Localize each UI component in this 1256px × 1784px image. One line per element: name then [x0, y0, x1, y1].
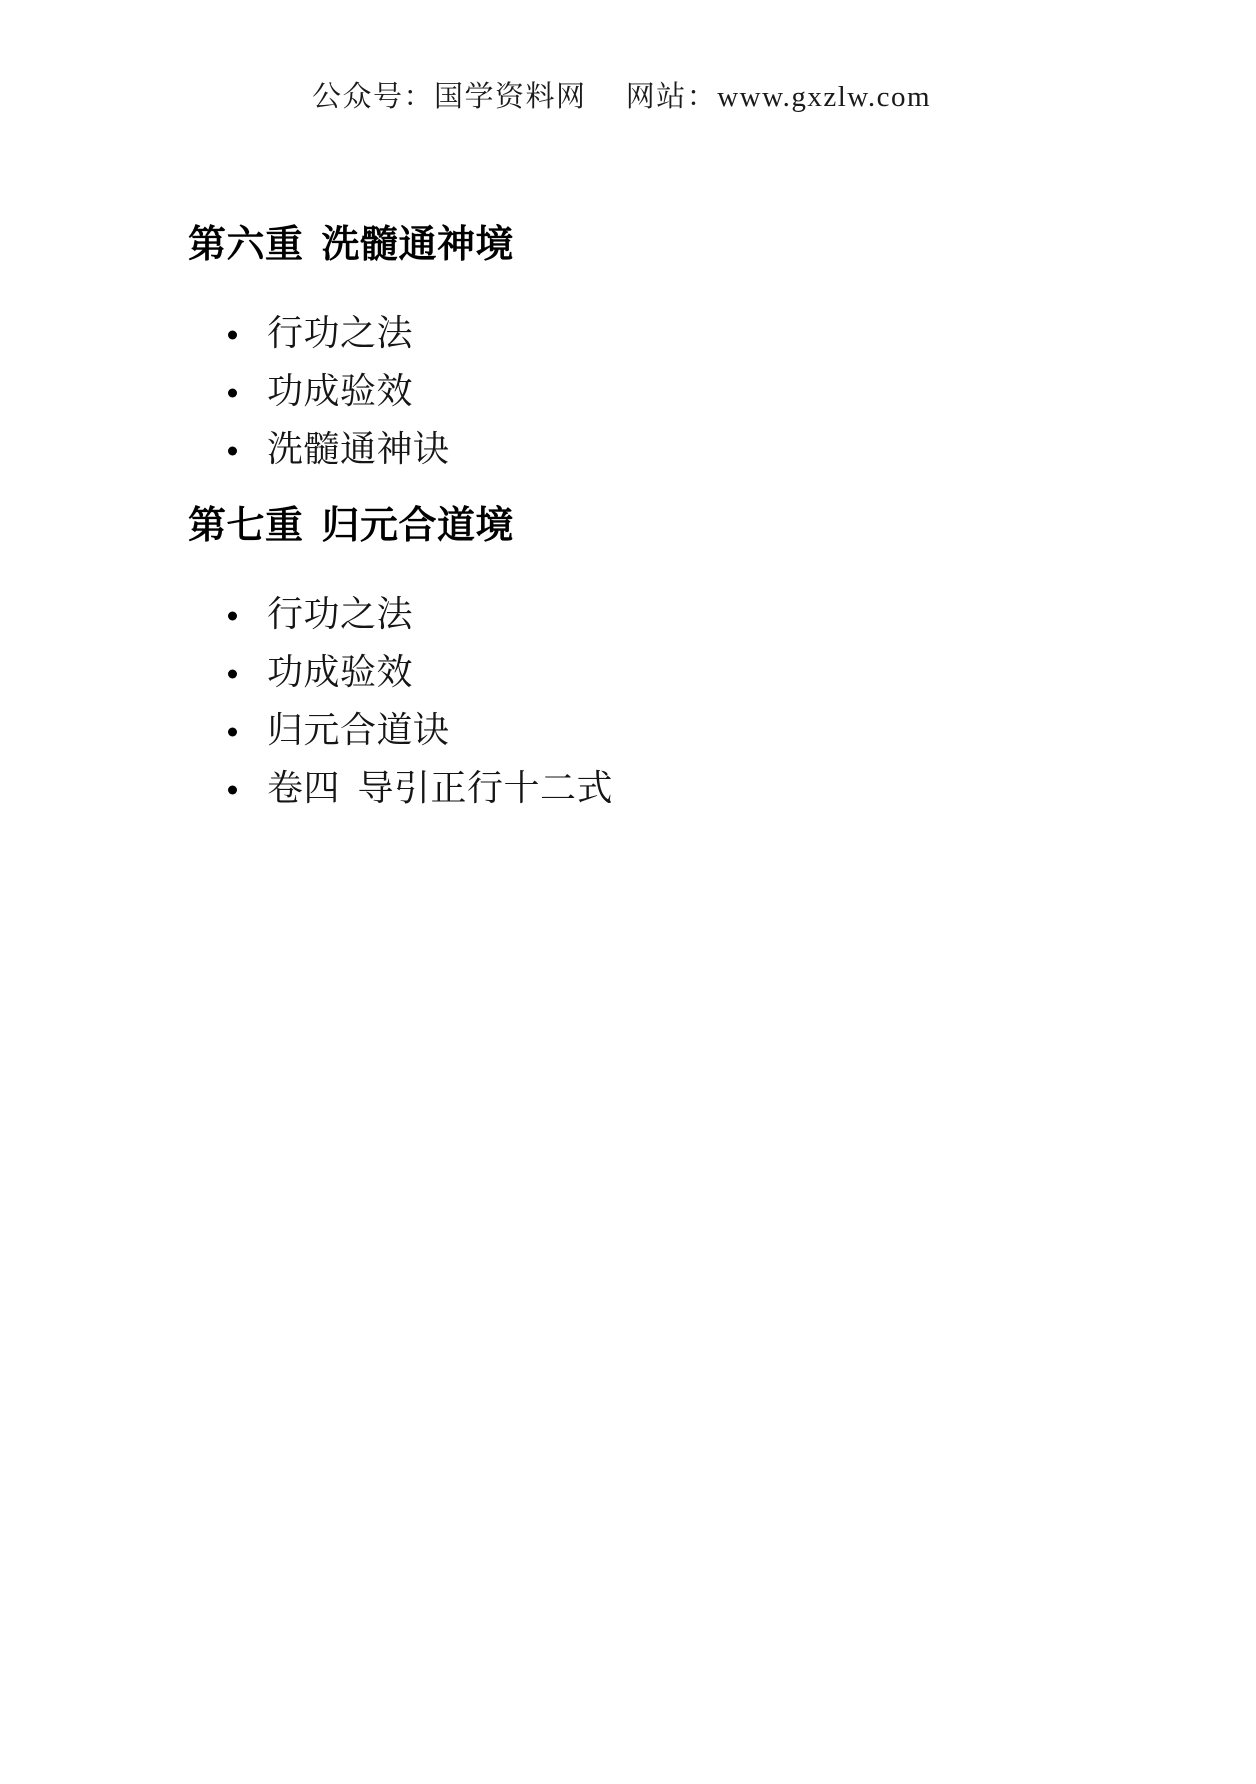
list-item-label: 行功之法 — [267, 313, 413, 353]
bullet-marker — [228, 612, 237, 621]
bullet-marker — [228, 447, 237, 456]
list-item-label: 归元合道诀 — [267, 710, 450, 750]
list-item-label: 卷四 导引正行十二式 — [267, 768, 613, 808]
toc-list-stage-6: 行功之法 功成验效 洗髓通神诀 — [188, 304, 1136, 478]
list-item-label: 功成验效 — [267, 371, 413, 411]
list-item: 功成验效 — [188, 643, 1136, 701]
bullet-marker — [228, 331, 237, 340]
list-item: 功成验效 — [188, 362, 1136, 420]
document-page: 公众号：国学资料网 网站：www.gxzlw.com 第六重 洗髓通神境 行功之… — [0, 0, 1256, 1784]
bullet-marker — [228, 389, 237, 398]
section-heading-stage-6: 第六重 洗髓通神境 — [188, 222, 1136, 268]
bullet-marker — [228, 728, 237, 737]
section-heading-stage-7: 第七重 归元合道境 — [188, 503, 1136, 549]
toc-list-stage-7: 行功之法 功成验效 归元合道诀 卷四 导引正行十二式 — [188, 585, 1136, 817]
list-item: 卷四 导引正行十二式 — [188, 759, 1136, 817]
page-header-text: 公众号：国学资料网 网站：www.gxzlw.com — [312, 81, 931, 113]
list-item-label: 行功之法 — [267, 594, 413, 634]
list-item: 行功之法 — [188, 585, 1136, 643]
bullet-marker — [228, 786, 237, 795]
list-item: 归元合道诀 — [188, 701, 1136, 759]
list-item-label: 功成验效 — [267, 652, 413, 692]
list-item: 行功之法 — [188, 304, 1136, 362]
list-item: 洗髓通神诀 — [188, 420, 1136, 478]
list-item-label: 洗髓通神诀 — [267, 429, 450, 469]
page-header: 公众号：国学资料网 网站：www.gxzlw.com — [0, 0, 1232, 148]
toc-content: 第六重 洗髓通神境 行功之法 功成验效 洗髓通神诀 第七重 归元合道境 行功之法 — [188, 222, 1136, 817]
bullet-marker — [228, 670, 237, 679]
